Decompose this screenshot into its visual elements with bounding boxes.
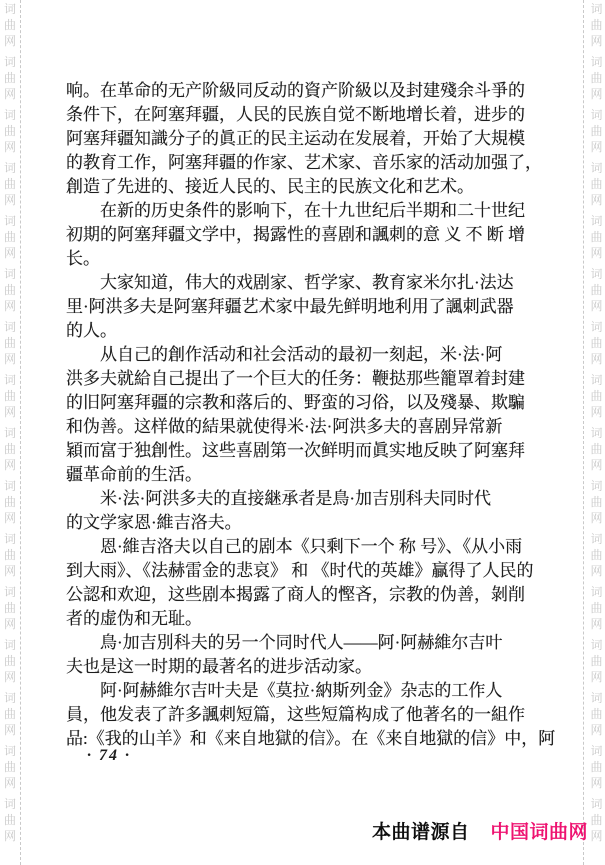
watermark-char: 网 <box>4 141 16 153</box>
watermark-group: 词曲网 <box>4 109 16 153</box>
watermark-char: 词 <box>4 745 16 757</box>
watermark-char: 词 <box>4 215 16 227</box>
text-line: 大家知道，伟大的戏剧家、哲学家、教育家米尔扎·法达 <box>66 271 552 295</box>
watermark-char: 网 <box>4 194 16 206</box>
watermark-group: 词曲网 <box>4 692 16 736</box>
watermark-char: 词 <box>590 162 602 174</box>
watermark-char: 词 <box>590 109 602 121</box>
watermark-char: 词 <box>590 745 602 757</box>
text-line: 在新的历史条件的影响下，在十九世纪后半期和二十世纪 <box>66 199 552 223</box>
scanned-book-page: 词曲网词曲网词曲网词曲网词曲网词曲网词曲网词曲网词曲网词曲网词曲网词曲网词曲网词… <box>0 0 605 865</box>
watermark-char: 词 <box>590 268 602 280</box>
page-text-block: 响。在革命的无产阶級同反动的資产阶級以及封建殘余斗爭的条件下，在阿塞拜疆，人民的… <box>66 79 552 751</box>
watermark-char: 曲 <box>4 496 16 508</box>
watermark-char: 词 <box>4 480 16 492</box>
footer-prefix-label: 本曲谱源自 <box>372 817 470 844</box>
watermark-group: 词曲网 <box>590 480 602 524</box>
watermark-char: 网 <box>590 565 602 577</box>
text-line: 条件下，在阿塞拜疆，人民的民族自觉不断地增长着，进步的 <box>66 103 552 127</box>
watermark-char: 曲 <box>590 814 602 826</box>
watermark-char: 词 <box>590 56 602 68</box>
watermark-char: 网 <box>4 618 16 630</box>
watermark-group: 词曲网 <box>4 162 16 206</box>
watermark-char: 曲 <box>590 549 602 561</box>
watermark-char: 网 <box>590 671 602 683</box>
watermark-char: 曲 <box>590 602 602 614</box>
watermark-char: 词 <box>590 533 602 545</box>
text-line: 洪多夫就給自己提出了一个巨大的任务：鞭挞那些籠罩着封建 <box>66 367 552 391</box>
watermark-group: 词曲网 <box>590 586 602 630</box>
watermark-group: 词曲网 <box>590 798 602 842</box>
watermark-group: 词曲网 <box>590 56 602 100</box>
watermark-char: 词 <box>4 3 16 15</box>
watermark-char: 曲 <box>590 443 602 455</box>
text-line: 到大雨》、《法赫雷金的悲哀》 和 《时代的英雄》贏得了人民的 <box>66 559 552 583</box>
watermark-char: 词 <box>590 3 602 15</box>
watermark-char: 网 <box>590 35 602 47</box>
watermark-char: 词 <box>4 639 16 651</box>
watermark-char: 曲 <box>590 761 602 773</box>
watermark-char: 网 <box>590 141 602 153</box>
watermark-char: 网 <box>4 512 16 524</box>
text-line: 里·阿洪多夫是阿塞拜疆艺术家中最先鲜明地利用了諷刺武器 <box>66 295 552 319</box>
watermark-group: 词曲网 <box>4 427 16 471</box>
text-line: 的旧阿塞拜疆的宗教和落后的、野蛮的习俗，以及殘暴、欺騙 <box>66 391 552 415</box>
text-line: 疆革命前的生活。 <box>66 463 552 487</box>
watermark-char: 网 <box>4 459 16 471</box>
watermark-group: 词曲网 <box>4 533 16 577</box>
watermark-group: 词曲网 <box>4 268 16 312</box>
watermark-char: 网 <box>590 618 602 630</box>
watermark-char: 曲 <box>4 655 16 667</box>
watermark-char: 网 <box>590 353 602 365</box>
watermark-char: 词 <box>590 639 602 651</box>
watermark-char: 网 <box>590 512 602 524</box>
watermark-char: 曲 <box>590 284 602 296</box>
watermark-group: 词曲网 <box>590 692 602 736</box>
watermark-char: 曲 <box>590 125 602 137</box>
text-line: 的文学家恩·維吉洛夫。 <box>66 511 552 535</box>
watermark-char: 曲 <box>4 178 16 190</box>
right-dashed-rule <box>583 0 584 865</box>
watermark-group: 词曲网 <box>590 374 602 418</box>
text-line: 阿塞拜疆知識分子的眞正的民主运动在发展着，开始了大規模 <box>66 127 552 151</box>
watermark-group: 词曲网 <box>4 215 16 259</box>
text-line: 夫也是这一时期的最著名的进步活动家。 <box>66 655 552 679</box>
watermark-char: 网 <box>590 88 602 100</box>
watermark-char: 词 <box>4 427 16 439</box>
watermark-char: 曲 <box>590 72 602 84</box>
watermark-char: 曲 <box>4 284 16 296</box>
watermark-char: 词 <box>4 321 16 333</box>
watermark-char: 网 <box>4 724 16 736</box>
watermark-char: 网 <box>4 35 16 47</box>
watermark-char: 词 <box>4 162 16 174</box>
text-line: 鳥·加吉別科夫的另一个同时代人——阿·阿赫維尔吉叶 <box>66 631 552 655</box>
watermark-group: 词曲网 <box>4 3 16 47</box>
watermark-group: 词曲网 <box>590 215 602 259</box>
page-number: · 74 · <box>87 747 131 765</box>
watermark-group: 词曲网 <box>590 533 602 577</box>
watermark-char: 网 <box>590 777 602 789</box>
watermark-group: 词曲网 <box>590 162 602 206</box>
watermark-group: 词曲网 <box>590 639 602 683</box>
watermark-char: 网 <box>4 406 16 418</box>
watermark-char: 曲 <box>590 337 602 349</box>
watermark-char: 网 <box>590 300 602 312</box>
watermark-char: 网 <box>590 194 602 206</box>
watermark-char: 词 <box>590 692 602 704</box>
watermark-char: 网 <box>4 353 16 365</box>
watermark-group: 词曲网 <box>4 798 16 842</box>
watermark-char: 曲 <box>4 443 16 455</box>
watermark-char: 词 <box>590 374 602 386</box>
watermark-char: 曲 <box>4 390 16 402</box>
source-footer: 本曲谱源自 中国词曲网 <box>372 817 588 844</box>
text-line: 恩·維吉洛夫以自己的剧本《只剩下一个 称 号》、《从小雨 <box>66 535 552 559</box>
text-line: 和伪善。这样做的結果就使得米·法·阿洪多夫的喜剧异常新 <box>66 415 552 439</box>
text-line: 創造了先进的、接近人民的、民主的民族文化和艺术。 <box>66 175 552 199</box>
text-line: 穎而富于独創性。这些喜剧第一次鲜明而眞实地反映了阿塞拜 <box>66 439 552 463</box>
watermark-char: 曲 <box>4 19 16 31</box>
watermark-group: 词曲网 <box>590 268 602 312</box>
watermark-char: 词 <box>590 798 602 810</box>
watermark-char: 曲 <box>590 19 602 31</box>
watermark-char: 网 <box>590 247 602 259</box>
watermark-char: 词 <box>4 692 16 704</box>
watermark-group: 词曲网 <box>4 586 16 630</box>
watermark-char: 曲 <box>4 72 16 84</box>
watermark-char: 曲 <box>4 708 16 720</box>
text-line: 公認和欢迎，这些剧本揭露了商人的慳吝，宗教的伪善，剝削 <box>66 583 552 607</box>
watermark-char: 网 <box>4 88 16 100</box>
watermark-char: 网 <box>4 300 16 312</box>
text-line: 从自己的創作活动和社会活动的最初一刻起，米·法·阿 <box>66 343 552 367</box>
watermark-char: 曲 <box>4 549 16 561</box>
watermark-char: 网 <box>4 830 16 842</box>
watermark-char: 词 <box>4 268 16 280</box>
watermark-group: 词曲网 <box>590 3 602 47</box>
watermark-char: 网 <box>590 830 602 842</box>
watermark-group: 词曲网 <box>590 109 602 153</box>
watermark-char: 词 <box>590 586 602 598</box>
left-dashed-rule <box>20 0 21 865</box>
watermark-column-left: 词曲网词曲网词曲网词曲网词曲网词曲网词曲网词曲网词曲网词曲网词曲网词曲网词曲网词… <box>0 3 20 865</box>
watermark-char: 词 <box>4 374 16 386</box>
text-line: 初期的阿塞拜疆文学中，揭露性的喜剧和諷刺的意 义 不 断 增 <box>66 223 552 247</box>
watermark-char: 网 <box>4 777 16 789</box>
watermark-char: 词 <box>590 215 602 227</box>
watermark-group: 词曲网 <box>4 745 16 789</box>
watermark-char: 网 <box>590 724 602 736</box>
text-line: 长。 <box>66 247 552 271</box>
text-line: 响。在革命的无产阶級同反动的資产阶級以及封建殘余斗爭的 <box>66 79 552 103</box>
watermark-char: 曲 <box>4 337 16 349</box>
watermark-group: 词曲网 <box>4 56 16 100</box>
watermark-char: 曲 <box>4 125 16 137</box>
text-line: 米·法·阿洪多夫的直接継承者是鳥·加吉別科夫同时代 <box>66 487 552 511</box>
watermark-char: 曲 <box>590 231 602 243</box>
text-line: 的人。 <box>66 319 552 343</box>
watermark-char: 网 <box>4 247 16 259</box>
watermark-char: 曲 <box>4 231 16 243</box>
text-line: 的教育工作，阿塞拜疆的作家、艺术家、音乐家的活动加强了， <box>66 151 552 175</box>
text-line: 品:《我的山羊》和《来自地獄的信》。在《来自地獄的信》中，阿 <box>66 727 552 751</box>
watermark-char: 词 <box>4 56 16 68</box>
watermark-char: 词 <box>4 109 16 121</box>
watermark-char: 词 <box>590 480 602 492</box>
watermark-group: 词曲网 <box>590 745 602 789</box>
watermark-char: 曲 <box>4 814 16 826</box>
watermark-char: 曲 <box>590 708 602 720</box>
watermark-char: 词 <box>4 798 16 810</box>
watermark-group: 词曲网 <box>590 427 602 471</box>
text-line: 員，他发表了許多諷刺短篇，这些短篇构成了他著名的一組作 <box>66 703 552 727</box>
watermark-char: 词 <box>4 586 16 598</box>
watermark-char: 网 <box>590 406 602 418</box>
watermark-char: 曲 <box>590 390 602 402</box>
watermark-char: 曲 <box>590 655 602 667</box>
watermark-char: 网 <box>590 459 602 471</box>
watermark-group: 词曲网 <box>4 374 16 418</box>
watermark-char: 词 <box>590 321 602 333</box>
watermark-column-right: 词曲网词曲网词曲网词曲网词曲网词曲网词曲网词曲网词曲网词曲网词曲网词曲网词曲网词… <box>588 3 605 865</box>
watermark-char: 曲 <box>590 496 602 508</box>
watermark-char: 词 <box>590 427 602 439</box>
text-line: 者的虚伪和无耻。 <box>66 607 552 631</box>
watermark-char: 网 <box>4 565 16 577</box>
text-line: 阿·阿赫維尔吉叶夫是《莫拉·納斯列金》杂志的工作人 <box>66 679 552 703</box>
footer-site-name: 中国词曲网 <box>491 817 589 844</box>
watermark-char: 网 <box>4 671 16 683</box>
watermark-char: 曲 <box>4 761 16 773</box>
watermark-group: 词曲网 <box>4 321 16 365</box>
watermark-group: 词曲网 <box>590 321 602 365</box>
watermark-char: 曲 <box>590 178 602 190</box>
watermark-group: 词曲网 <box>4 639 16 683</box>
watermark-char: 词 <box>4 533 16 545</box>
watermark-char: 曲 <box>4 602 16 614</box>
watermark-group: 词曲网 <box>4 480 16 524</box>
